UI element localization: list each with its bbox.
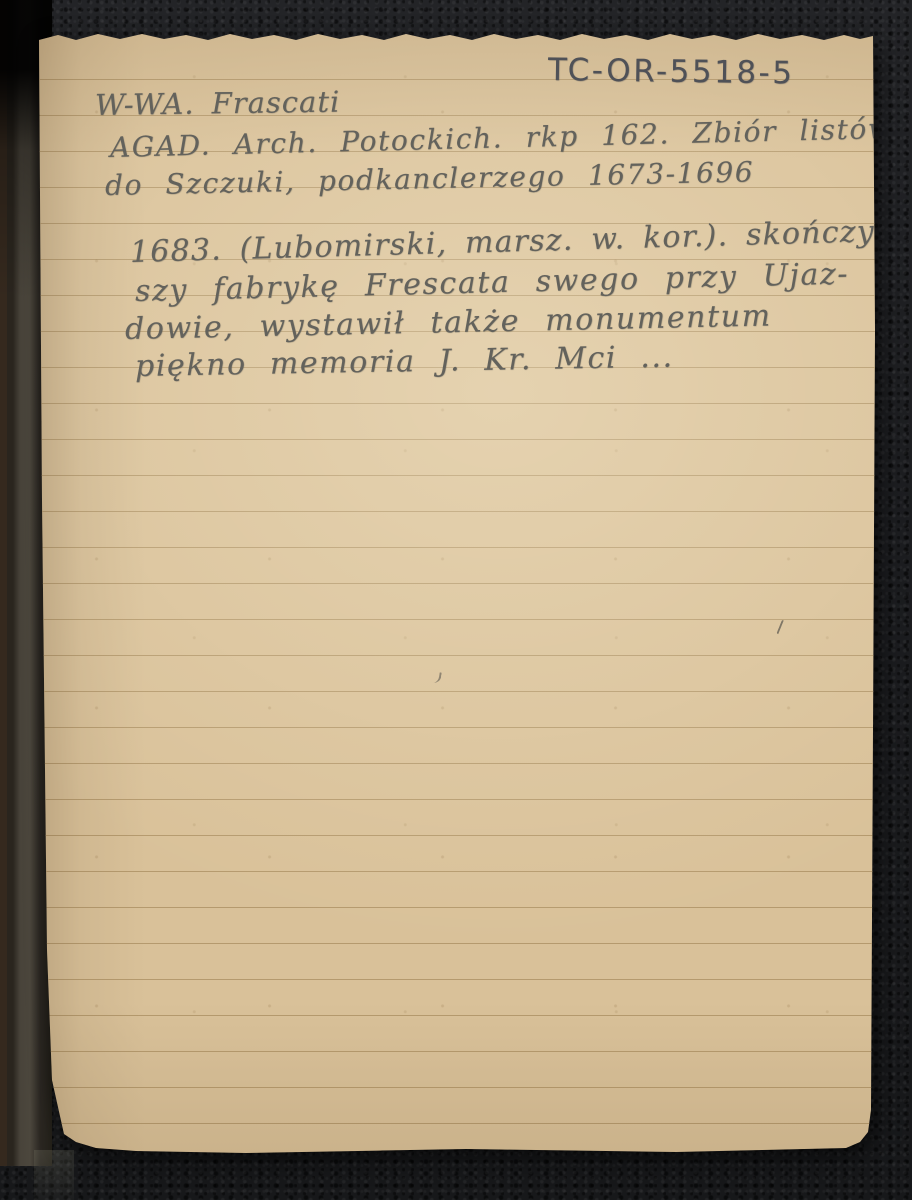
page-shadow-wrap: TC-OR-5518-5 W-WA. Frascati AGAD. Arch. … — [36, 30, 877, 1160]
stray-pencil-mark — [776, 620, 786, 636]
catalog-number: TC-OR-5518-5 — [548, 52, 795, 91]
notebook-page: TC-OR-5518-5 W-WA. Frascati AGAD. Arch. … — [36, 30, 877, 1160]
addressee-date-range-line: do Szczuki, podkanclerzego 1673-1696 — [105, 155, 755, 202]
stray-pencil-mark — [431, 671, 441, 683]
location-title-line: W-WA. Frascati — [95, 85, 341, 122]
note-line-4: piękno memoria J. Kr. Mci ... — [135, 340, 674, 384]
photo-background: TC-OR-5518-5 W-WA. Frascati AGAD. Arch. … — [0, 0, 912, 1200]
